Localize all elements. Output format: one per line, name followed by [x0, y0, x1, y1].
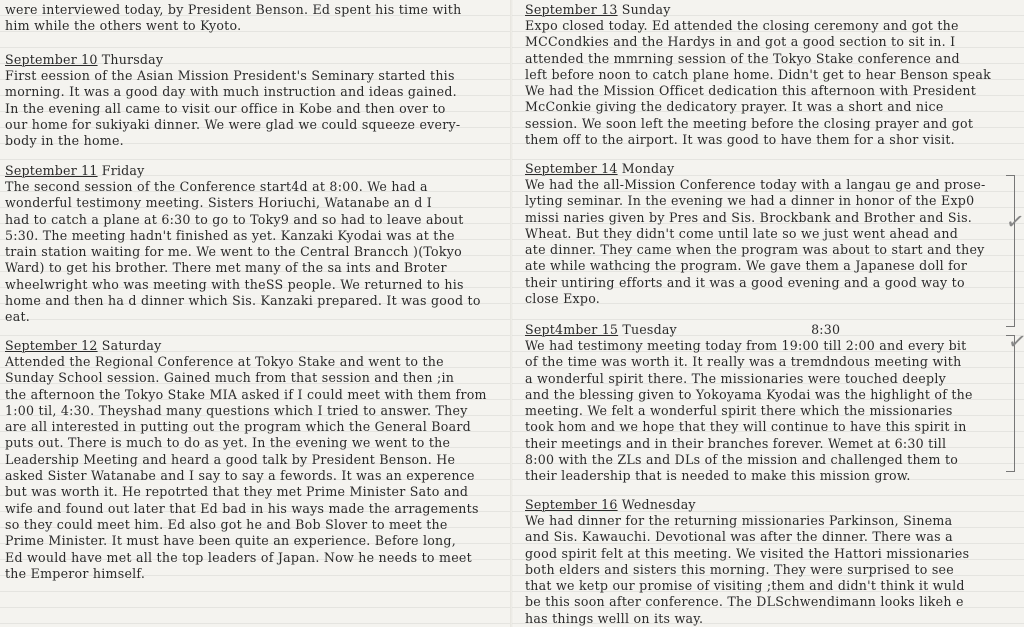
entry-line: are all interested in putting out the pr…: [5, 419, 487, 435]
entry-line: 1:00 til, 4:30. Theyshad many questions …: [5, 403, 487, 419]
entry-heading: September 13 Sunday: [525, 2, 991, 18]
entry-september-13: September 13 Sunday Expo closed today. E…: [525, 2, 991, 148]
entry-date: September 14: [525, 161, 618, 176]
entry-line: close Expo.: [525, 291, 986, 307]
entry-line: MCCondkies and the Hardys in and got a g…: [525, 34, 991, 50]
entry-line: First eession of the Asian Mission Presi…: [5, 68, 460, 84]
entry-line: them off to the airport. It was good to …: [525, 132, 991, 148]
entry-line: wheelwright who was meeting with theSS p…: [5, 277, 481, 293]
entry-line: and the blessing given to Yokoyama Kyoda…: [525, 387, 973, 403]
entry-line: We had the Mission Officet dedication th…: [525, 83, 991, 99]
entry-line: left before noon to catch plane home. Di…: [525, 67, 991, 83]
entry-date: September 12: [5, 338, 98, 353]
right-page: September 13 Sunday Expo closed today. E…: [512, 0, 1024, 627]
entry-line: home and then ha d dinner which Sis. Kan…: [5, 293, 481, 309]
entry-line: and Sis. Kawauchi. Devotional was after …: [525, 529, 969, 545]
entry-line: In the evening all came to visit our off…: [5, 101, 460, 117]
entry-line: session. We soon left the meeting before…: [525, 116, 991, 132]
checkmark-icon: ✓: [1006, 329, 1024, 356]
entry-line: Ed would have met all the top leaders of…: [5, 550, 487, 566]
entry-line: their leadership that is needed to make …: [525, 468, 973, 484]
entry-weekday: Thursday: [102, 52, 163, 67]
entry-weekday: Wednesday: [622, 497, 696, 512]
entry-line: We had testimony meeting today from 19:0…: [525, 338, 973, 354]
entry-line: their meetings and in their branches for…: [525, 436, 973, 452]
entry-september-14: September 14 Monday We had the all-Missi…: [525, 161, 986, 307]
entry-september-15: Sept4mber 15 Tuesday 8:30 We had testimo…: [525, 322, 973, 485]
continuation-entry: were interviewed today, by President Ben…: [5, 2, 461, 35]
left-page: were interviewed today, by President Ben…: [0, 0, 512, 627]
entry-line: of the time was worth it. It really was …: [525, 354, 973, 370]
entry-september-16: September 16 Wednesday We had dinner for…: [525, 497, 969, 627]
entry-date: Sept4mber 15: [525, 322, 618, 337]
entry-line: Sunday School session. Gained much from …: [5, 370, 487, 386]
entry-weekday: Tuesday: [622, 322, 677, 337]
entry-line: Prime Minister. It must have been quite …: [5, 533, 487, 549]
entry-heading: September 10 Thursday: [5, 52, 460, 68]
entry-line: took hom and we hope that they will cont…: [525, 419, 973, 435]
entry-line: ate while wathcing the program. We gave …: [525, 258, 986, 274]
entry-line: lyting seminar. In the evening we had a …: [525, 193, 986, 209]
entry-line: their untiring efforts and it was a good…: [525, 275, 986, 291]
entry-line: McConkie giving the dedicatory prayer. I…: [525, 99, 991, 115]
entry-line: puts out. There is much to do as yet. In…: [5, 435, 487, 451]
entry-heading: September 16 Wednesday: [525, 497, 969, 513]
entry-date: September 13: [525, 2, 618, 17]
entry-line: Attended the Regional Conference at Toky…: [5, 354, 487, 370]
time-note: 8:30: [811, 322, 840, 338]
entry-line: Wheat. But they didn't come until late s…: [525, 226, 986, 242]
entry-line: but was worth it. He repotrted that they…: [5, 484, 487, 500]
entry-weekday: Sunday: [622, 2, 671, 17]
entry-line: eat.: [5, 309, 481, 325]
entry-date: September 10: [5, 52, 98, 67]
entry-weekday: Monday: [622, 161, 674, 176]
entry-line: 8:00 with the ZLs and DLs of the mission…: [525, 452, 973, 468]
entry-line: were interviewed today, by President Ben…: [5, 2, 461, 18]
entry-line: attended the mmrning session of the Toky…: [525, 51, 991, 67]
entry-line: ate dinner. They came when the program w…: [525, 242, 986, 258]
entry-line: We had dinner for the returning missiona…: [525, 513, 969, 529]
entry-weekday: Friday: [102, 163, 145, 178]
entry-line: missi naries given by Pres and Sis. Broc…: [525, 210, 986, 226]
entry-line: our home for sukiyaki dinner. We were gl…: [5, 117, 460, 133]
entry-line: wonderful testimony meeting. Sisters Hor…: [5, 195, 481, 211]
entry-line: morning. It was a good day with much ins…: [5, 84, 460, 100]
entry-line: wife and found out later that Ed bad in …: [5, 501, 487, 517]
entry-line: 5:30. The meeting hadn't finished as yet…: [5, 228, 481, 244]
margin-bracket: [1006, 175, 1015, 327]
entry-line: body in the home.: [5, 133, 460, 149]
entry-line: Ward) to get his brother. There met many…: [5, 260, 481, 276]
entry-date: September 11: [5, 163, 98, 178]
entry-weekday: Saturday: [102, 338, 162, 353]
entry-september-10: September 10 Thursday First eession of t…: [5, 52, 460, 149]
entry-line: the Emperor himself.: [5, 566, 487, 582]
entry-line: good spirit felt at this meeting. We vis…: [525, 546, 969, 562]
entry-heading: September 14 Monday: [525, 161, 986, 177]
entry-date: September 16: [525, 497, 618, 512]
entry-heading: September 12 Saturday: [5, 338, 487, 354]
entry-heading: Sept4mber 15 Tuesday 8:30: [525, 322, 973, 338]
entry-september-12: September 12 Saturday Attended the Regio…: [5, 338, 487, 582]
entry-line: a wonderful spirit there. The missionari…: [525, 371, 973, 387]
margin-bracket: [1006, 335, 1015, 472]
entry-september-11: September 11 Friday The second session o…: [5, 163, 481, 326]
entry-line: Leadership Meeting and heard a good talk…: [5, 452, 487, 468]
entry-line: Expo closed today. Ed attended the closi…: [525, 18, 991, 34]
entry-line: meeting. We felt a wonderful spirit ther…: [525, 403, 973, 419]
entry-line: We had the all-Mission Conference today …: [525, 177, 986, 193]
entry-line: The second session of the Conference sta…: [5, 179, 481, 195]
entry-line: so they could meet him. Ed also got he a…: [5, 517, 487, 533]
entry-line: has things welll on its way.: [525, 611, 969, 627]
checkmark-icon: ✓: [1004, 209, 1024, 236]
entry-heading: September 11 Friday: [5, 163, 481, 179]
entry-line: the afternoon the Tokyo Stake MIA asked …: [5, 387, 487, 403]
entry-line: him while the others went to Kyoto.: [5, 18, 461, 34]
entry-line: train station waiting for me. We went to…: [5, 244, 481, 260]
entry-line: both elders and sisters this morning. Th…: [525, 562, 969, 578]
entry-line: asked Sister Watanabe and I say to say a…: [5, 468, 487, 484]
entry-line: had to catch a plane at 6:30 to go to To…: [5, 212, 481, 228]
entry-line: that we ketp our promise of visiting ;th…: [525, 578, 969, 594]
entry-line: be this soon after conference. The DLSch…: [525, 594, 969, 610]
